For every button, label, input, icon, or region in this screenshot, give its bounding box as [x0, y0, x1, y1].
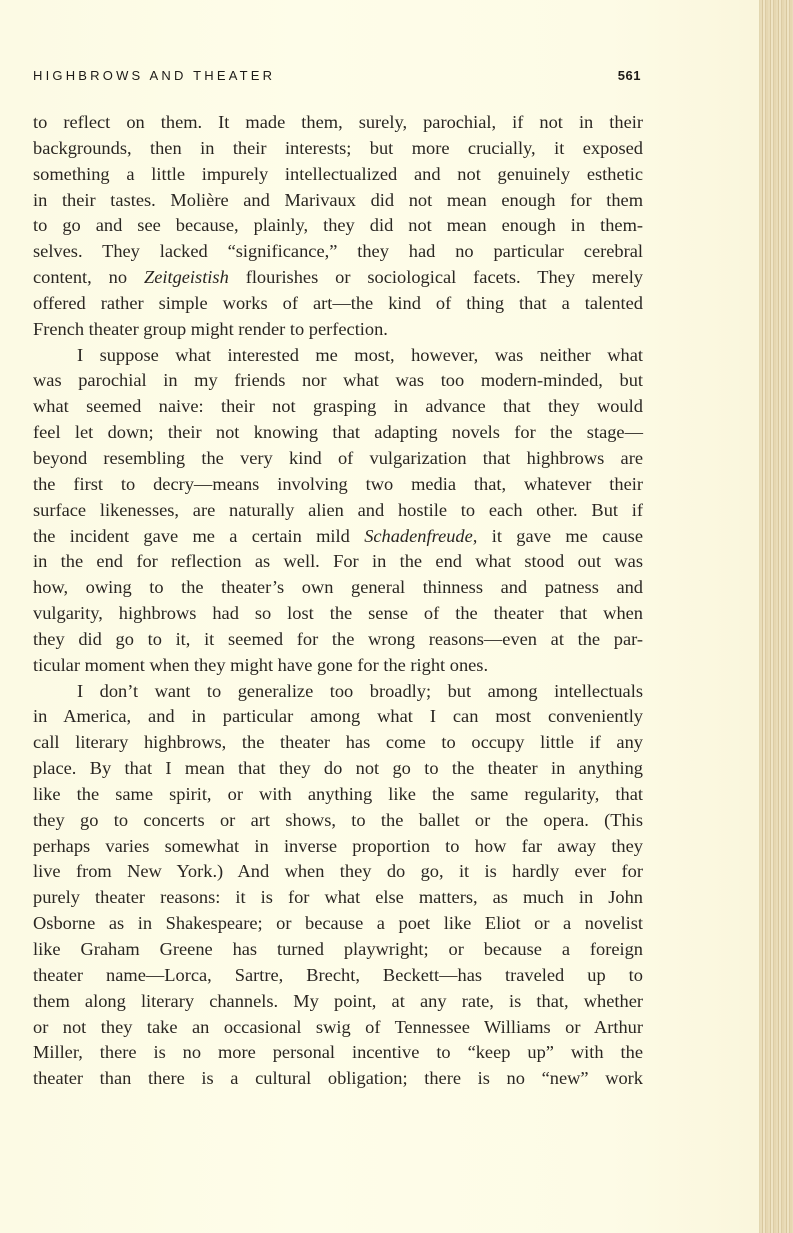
- text-run: it gave me cause: [477, 526, 643, 546]
- text-line: what seemed naive: their not grasping in…: [33, 394, 643, 420]
- text-run: the incident gave me a certain mild: [33, 526, 364, 546]
- text-line: like Graham Greene has turned playwright…: [33, 937, 643, 963]
- text-line: the incident gave me a certain mild Scha…: [33, 524, 643, 550]
- text-line: place. By that I mean that they do not g…: [33, 756, 643, 782]
- italic-term: Schadenfreude,: [364, 526, 477, 546]
- text-line: content, no Zeitgeistish flourishes or s…: [33, 265, 643, 291]
- running-head: HIGHBROWS AND THEATER 561: [33, 68, 641, 88]
- text-line: feel let down; their not knowing that ad…: [33, 420, 643, 446]
- text-line: in America, and in particular among what…: [33, 704, 643, 730]
- text-line: them along literary channels. My point, …: [33, 989, 643, 1015]
- text-run: flourishes or sociological facets. They …: [229, 267, 643, 287]
- text-line: to reflect on them. It made them, surely…: [33, 110, 643, 136]
- text-line: theater than there is a cultural obligat…: [33, 1066, 643, 1092]
- text-line: they go to concerts or art shows, to the…: [33, 808, 643, 834]
- text-line: surface likenesses, are naturally alien …: [33, 498, 643, 524]
- text-line: in the end for reflection as well. For i…: [33, 549, 643, 575]
- text-line: they did go to it, it seemed for the wro…: [33, 627, 643, 653]
- text-line: I don’t want to generalize too broadly; …: [33, 679, 643, 705]
- text-line: something a little impurely intellectual…: [33, 162, 643, 188]
- text-line: Miller, there is no more personal incent…: [33, 1040, 643, 1066]
- body-text: to reflect on them. It made them, surely…: [33, 110, 643, 1092]
- text-line: selves. They lacked “significance,” they…: [33, 239, 643, 265]
- page-number: 561: [618, 68, 641, 83]
- text-line: or not they take an occasional swig of T…: [33, 1015, 643, 1041]
- text-line: beyond resembling the very kind of vulga…: [33, 446, 643, 472]
- text-line: perhaps varies somewhat in inverse propo…: [33, 834, 643, 860]
- text-line: call literary highbrows, the theater has…: [33, 730, 643, 756]
- text-line: purely theater reasons: it is for what e…: [33, 885, 643, 911]
- text-line: live from New York.) And when they do go…: [33, 859, 643, 885]
- text-line: Osborne as in Shakespeare; or because a …: [33, 911, 643, 937]
- text-run: content, no: [33, 267, 144, 287]
- text-line: was parochial in my friends nor what was…: [33, 368, 643, 394]
- text-line: vulgarity, highbrows had so lost the sen…: [33, 601, 643, 627]
- running-head-title: HIGHBROWS AND THEATER: [33, 68, 275, 83]
- text-line: backgrounds, then in their interests; bu…: [33, 136, 643, 162]
- text-line: to go and see because, plainly, they did…: [33, 213, 643, 239]
- italic-term: Zeitgeistish: [144, 267, 229, 287]
- text-line: in their tastes. Molière and Marivaux di…: [33, 188, 643, 214]
- text-line: offered rather simple works of art—the k…: [33, 291, 643, 317]
- book-page: HIGHBROWS AND THEATER 561 to reflect on …: [0, 0, 760, 1233]
- text-line: I suppose what interested me most, howev…: [33, 343, 643, 369]
- text-line: like the same spirit, or with anything l…: [33, 782, 643, 808]
- text-line: ticular moment when they might have gone…: [33, 653, 643, 679]
- text-line: French theater group might render to per…: [33, 317, 643, 343]
- page-edges: [759, 0, 793, 1233]
- text-line: how, owing to the theater’s own general …: [33, 575, 643, 601]
- text-line: the first to decry—means involving two m…: [33, 472, 643, 498]
- text-line: theater name—Lorca, Sartre, Brecht, Beck…: [33, 963, 643, 989]
